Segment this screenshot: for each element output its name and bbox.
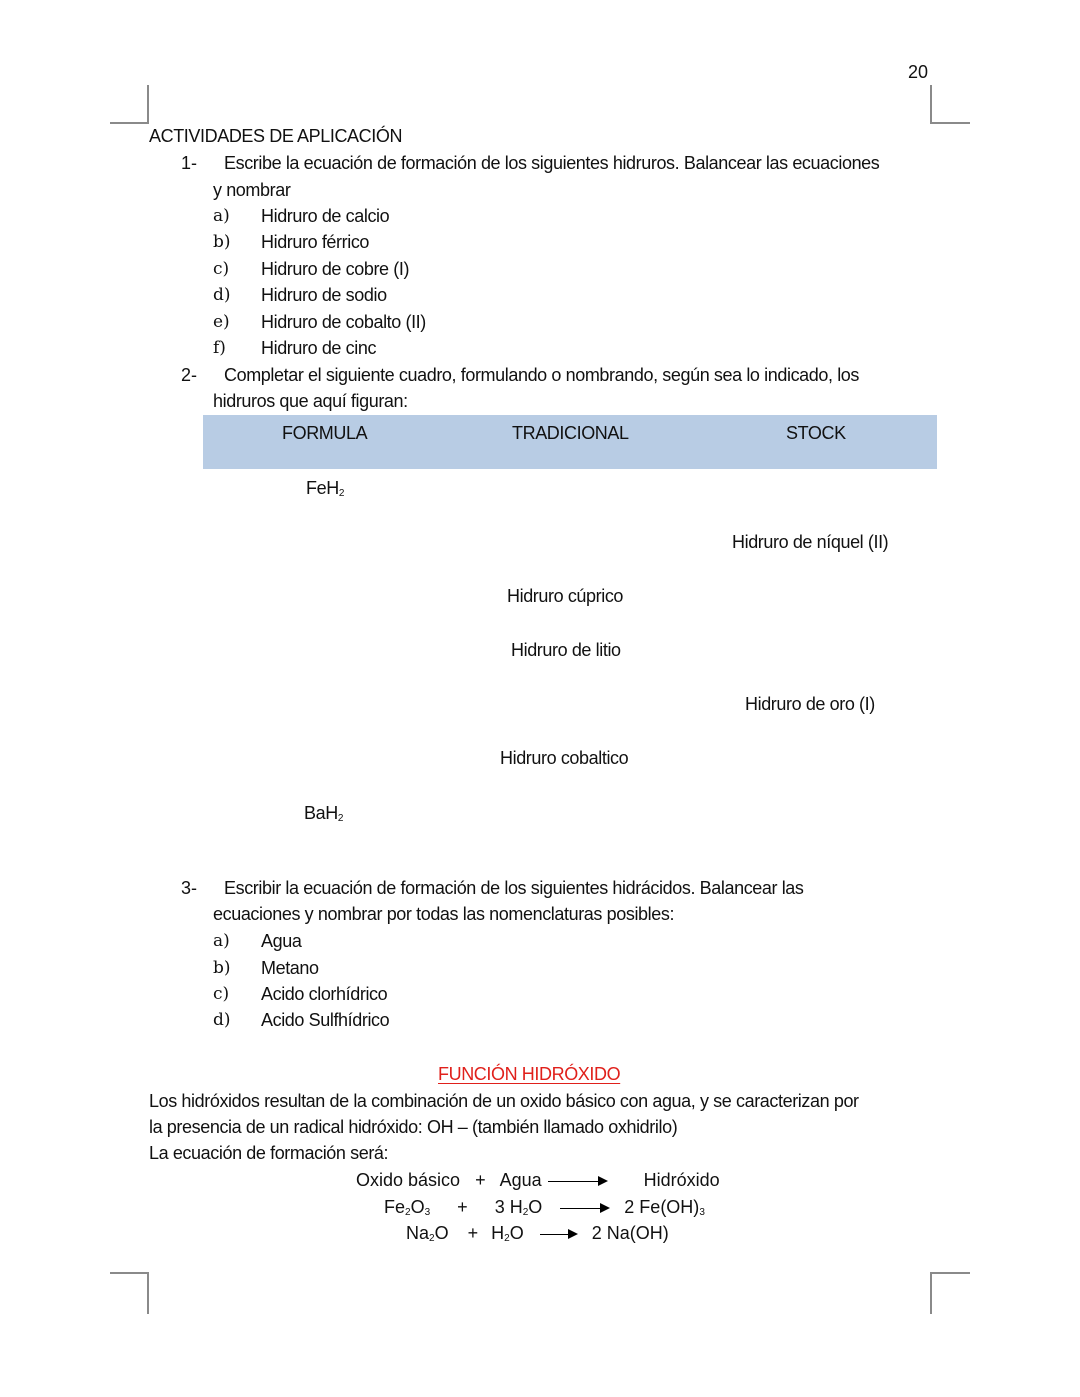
activity-2-text-cont: hidruros que aquí figuran: [213, 391, 408, 412]
section-paragraph-line-3: La ecuación de formación será: [149, 1143, 388, 1164]
list-item: Hidruro férrico [261, 232, 369, 253]
reactant-2: Agua [500, 1170, 542, 1190]
table-row-2-stock: Hidruro de níquel (II) [732, 532, 888, 553]
table-header-row: FORMULA TRADICIONAL STOCK [203, 415, 937, 469]
column-header-formula: FORMULA [282, 423, 367, 444]
list-item: Acido clorhídrico [261, 984, 387, 1005]
list-item-label: b) [213, 232, 253, 252]
page-number: 20 [908, 62, 928, 83]
arrow-icon [548, 1181, 606, 1182]
list-item-label: b) [213, 958, 253, 978]
section-paragraph-line-1: Los hidróxidos resultan de la combinació… [149, 1091, 859, 1112]
column-header-stock: STOCK [786, 423, 846, 444]
list-item: Metano [261, 958, 319, 979]
equation-general: Oxido básico + AguaHidróxido [356, 1170, 720, 1191]
list-item-label: a) [213, 931, 253, 951]
list-item: Hidruro de cobre (I) [261, 259, 409, 280]
table-row-4-tradicional: Hidruro de litio [511, 640, 621, 661]
section-paragraph-line-2: la presencia de un radical hidróxido: OH… [149, 1117, 677, 1138]
list-item-label: a) [213, 206, 253, 226]
plus-sign: + [475, 1170, 486, 1190]
list-item: Hidruro de sodio [261, 285, 387, 306]
list-item-label: c) [213, 259, 253, 279]
table-row-3-tradicional: Hidruro cúprico [507, 586, 623, 607]
table-row-7-formula: BaH2 [304, 803, 343, 824]
list-item-label: f) [213, 338, 253, 358]
list-item: Hidruro de calcio [261, 206, 389, 227]
arrow-icon [560, 1208, 608, 1209]
activity-3-number: 3- [181, 878, 197, 899]
reactant-1: Oxido básico [356, 1170, 460, 1190]
activity-1-text-cont: y nombrar [213, 180, 290, 201]
list-item-label: c) [213, 984, 253, 1004]
activity-2-number: 2- [181, 365, 197, 386]
crop-mark-top-left [110, 85, 149, 124]
crop-mark-top-right [930, 85, 970, 124]
table-row-1-formula: FeH2 [306, 478, 344, 499]
crop-mark-bottom-left [110, 1272, 149, 1314]
list-item: Hidruro de cinc [261, 338, 376, 359]
plus-sign: + [468, 1223, 479, 1243]
list-item: Hidruro de cobalto (II) [261, 312, 426, 333]
arrow-icon [540, 1234, 576, 1235]
activity-1-text: Escribe la ecuación de formación de los … [224, 153, 879, 174]
activity-3-text-cont: ecuaciones y nombrar por todas las nomen… [213, 904, 674, 925]
activity-1-number: 1- [181, 153, 197, 174]
activity-2-text: Completar el siguiente cuadro, formuland… [224, 365, 859, 386]
list-item: Acido Sulfhídrico [261, 1010, 389, 1031]
product: Hidróxido [644, 1170, 720, 1190]
table-row-5-stock: Hidruro de oro (I) [745, 694, 875, 715]
equation-iron-oxide: Fe2O3 + 3 H2O2 Fe(OH)3 [384, 1197, 705, 1218]
crop-mark-bottom-right [930, 1272, 970, 1314]
plus-sign: + [457, 1197, 468, 1217]
column-header-tradicional: TRADICIONAL [512, 423, 629, 444]
list-item: Agua [261, 931, 301, 952]
list-item-label: d) [213, 285, 253, 305]
heading: ACTIVIDADES DE APLICACIÓN [149, 126, 402, 147]
activity-3-text: Escribir la ecuación de formación de los… [224, 878, 804, 899]
list-item-label: e) [213, 312, 253, 332]
list-item-label: d) [213, 1010, 253, 1030]
section-title: FUNCIÓN HIDRÓXIDO [438, 1064, 620, 1085]
equation-sodium-oxide: Na2O + H2O2 Na(OH) [406, 1223, 669, 1244]
table-row-6-tradicional: Hidruro cobaltico [500, 748, 628, 769]
